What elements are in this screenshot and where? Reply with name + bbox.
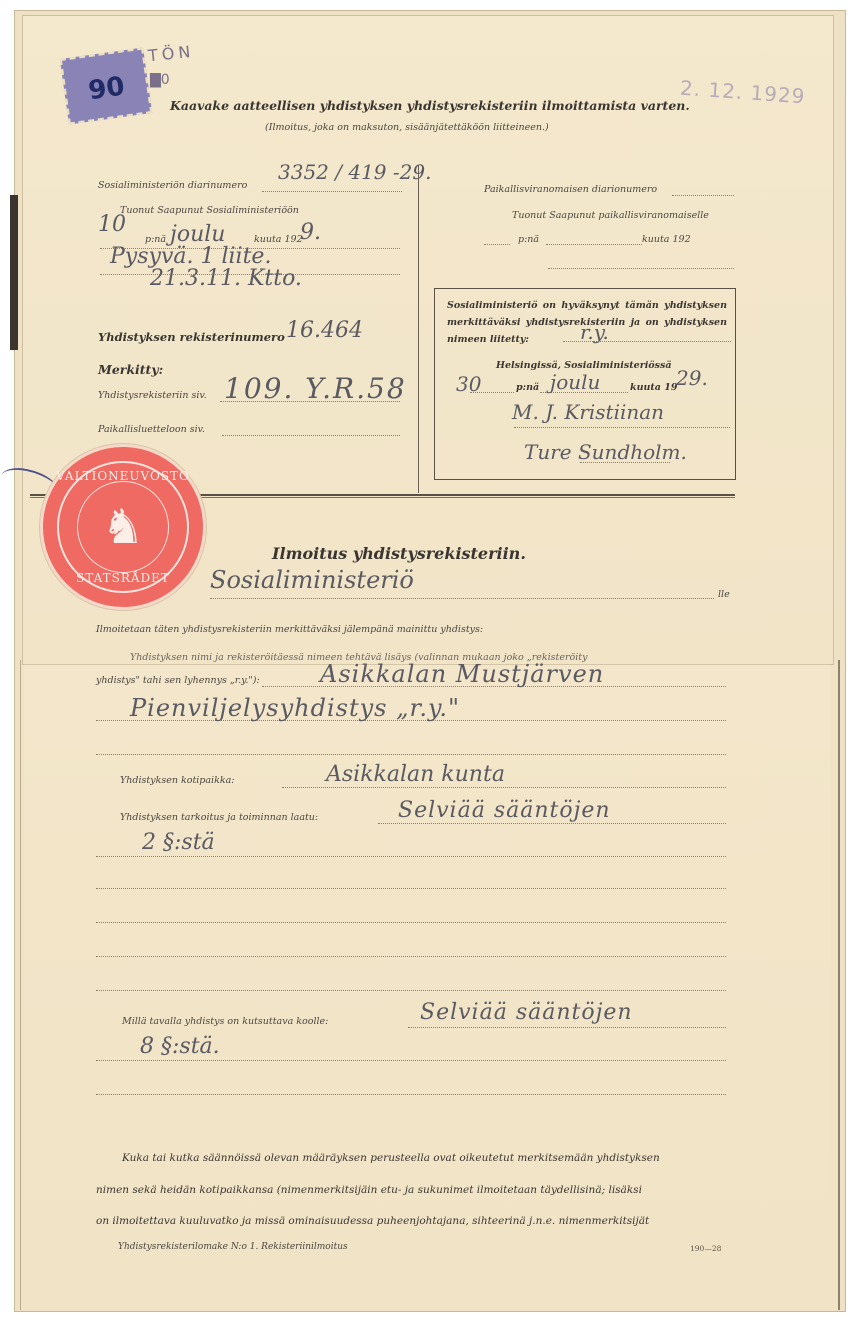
purpose-line-1: [378, 823, 726, 824]
meeting-handwritten-2: 8 §:stä.: [140, 1034, 220, 1059]
notice-title: Ilmoitus yhdistysrekisteriin.: [272, 544, 526, 563]
revenue-stamp: 06: [60, 47, 152, 124]
local-arrived-label: Tuonut Saapunut paikallisviranomaiselle: [512, 210, 709, 221]
diary-number-label: Sosialiministeriön diarinumero: [98, 180, 247, 191]
cancel-stamp-box: ▇0: [150, 72, 170, 88]
home-handwritten: Asikkalan kunta: [326, 762, 505, 787]
approval-year-handwritten: 29.: [676, 366, 708, 390]
government-seal: VALTIONEUVOSTO ♞ STATSRÅDET: [40, 444, 206, 610]
signatories-paragraph-line-1: Kuka tai kutka säännöissä olevan määräyk…: [122, 1152, 754, 1164]
register-number-label: Yhdistyksen rekisterinumero: [98, 330, 285, 344]
arrived-day-handwritten: 10: [98, 212, 126, 237]
diary-number-value: 3352 / 419 -29.: [278, 160, 431, 184]
purpose-line-5: [96, 956, 726, 957]
name-label-line-2: yhdistys" tahi sen lyhennys „r.y."):: [96, 675, 260, 686]
association-name-line-1: Asikkalan Mustjärven: [320, 660, 604, 688]
purpose-line-4: [96, 922, 726, 923]
purpose-handwritten-2: 2 §:stä: [142, 830, 215, 855]
local-list-line: [222, 435, 400, 436]
seal-bottom-text: STATSRÅDET: [43, 571, 203, 585]
meeting-line-3: [96, 1094, 726, 1095]
signature-2: Ture Sundholm.: [524, 440, 687, 464]
approval-kuuta-label: kuuta 19: [630, 382, 677, 393]
column-divider: [418, 165, 419, 493]
recipient-suffix: lle: [718, 589, 730, 600]
purpose-line-3: [96, 888, 726, 889]
purpose-line-6: [96, 990, 726, 991]
document-page-lower: [24, 664, 830, 1310]
form-name-footer: Yhdistysrekisterilomake N:o 1. Rekisteri…: [118, 1242, 348, 1252]
register-page-value: 109. Y.R.58: [224, 372, 407, 405]
lion-emblem-icon: ♞: [101, 499, 144, 555]
meeting-line-1: [408, 1027, 726, 1028]
binding-strip: [10, 195, 18, 350]
print-code-footer: 190—28: [690, 1244, 721, 1253]
recipient-line: [210, 598, 714, 599]
notice-intro: Ilmoitetaan täten yhdistysrekisteriin me…: [96, 624, 483, 635]
purpose-line-2: [96, 856, 726, 857]
purpose-label: Yhdistyksen tarkoitus ja toiminnan laatu…: [120, 812, 318, 823]
signature-line-1: [514, 427, 730, 428]
name-line-3: [96, 754, 726, 755]
meeting-handwritten-1: Selviää sääntöjen: [420, 1000, 633, 1025]
arrived-label: Tuonut Saapunut Sosialiministeriöön: [120, 205, 299, 216]
association-name-line-2: Pienviljelysyhdistys „r.y.": [130, 694, 460, 722]
arrived-year-handwritten: 9.: [300, 220, 321, 245]
merkitty-label: Merkitty:: [98, 362, 163, 377]
seal-top-text: VALTIONEUVOSTO: [43, 469, 203, 483]
local-day-line: [484, 244, 510, 245]
approval-month-handwritten: joulu: [550, 370, 600, 394]
local-signature-line: [548, 268, 734, 269]
approval-day-handwritten: 30: [456, 372, 481, 396]
revenue-stamp-value: 06: [86, 69, 126, 104]
local-diary-label: Paikallisviranomaisen diarionumero: [484, 184, 657, 195]
meeting-label: Millä tavalla yhdistys on kutsuttava koo…: [122, 1016, 328, 1027]
home-line: [282, 787, 726, 788]
recipient-handwritten: Sosialiministeriö: [210, 566, 414, 594]
signature-1: M. J. Kristiinan: [512, 400, 664, 424]
meeting-line-2: [96, 1060, 726, 1061]
purpose-handwritten-1: Selviää sääntöjen: [398, 798, 611, 823]
local-date-label: p:nä: [518, 234, 539, 245]
local-date-suffix: kuuta 192: [642, 234, 691, 245]
approval-pna-label: p:nä: [516, 382, 539, 393]
home-label: Yhdistyksen kotipaikka:: [120, 775, 234, 786]
register-number-value: 16.464: [286, 318, 363, 343]
diary-number-line: [262, 191, 402, 192]
register-page-label: Yhdistysrekisteriin siv.: [98, 390, 207, 401]
form-subtitle: (Ilmoitus, joka on maksuton, sisäänjätet…: [265, 122, 549, 133]
approval-suffix-handwritten: r.y.: [580, 320, 609, 344]
signatories-paragraph-line-2: nimen sekä heidän kotipaikkansa (nimenme…: [96, 1184, 728, 1196]
local-list-label: Paikallisluetteloon siv.: [98, 424, 205, 435]
note-line-2-handwritten: 21.3.11. Ktto.: [150, 266, 302, 291]
local-diary-line: [672, 195, 734, 196]
form-title: Kaavake aatteellisen yhdistyksen yhdisty…: [170, 98, 690, 113]
signatories-paragraph-line-3: on ilmoitettava kuuluvatko ja missä omin…: [96, 1215, 728, 1227]
local-month-line: [546, 244, 642, 245]
